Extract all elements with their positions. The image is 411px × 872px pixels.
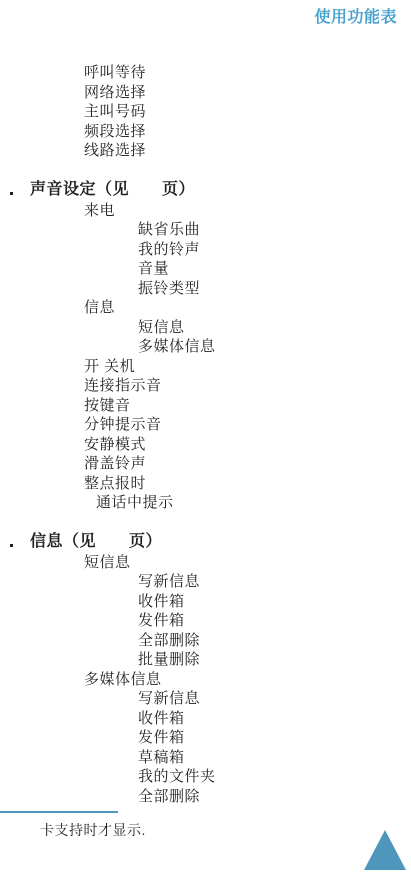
- menu-item: 短信息: [0, 318, 411, 338]
- menu-item: 安静模式: [0, 435, 411, 455]
- page-corner-triangle-icon: [364, 830, 406, 870]
- menu-section-heading: 信息（见 页）: [0, 531, 411, 553]
- menu-item: 振铃类型: [0, 279, 411, 299]
- menu-outline: 呼叫等待网络选择主叫号码频段选择线路选择声音设定（见 页）来电缺省乐曲我的铃声音…: [0, 63, 411, 806]
- menu-item: 发件箱: [0, 611, 411, 631]
- menu-item: 多媒体信息: [0, 337, 411, 357]
- menu-item: 批量删除: [0, 650, 411, 670]
- menu-item: 线路选择: [0, 141, 411, 161]
- list-dot-marker: [10, 192, 13, 195]
- menu-item: 开 关机: [0, 357, 411, 377]
- menu-item: 音量: [0, 259, 411, 279]
- manual-page: 使用功能表 呼叫等待网络选择主叫号码频段选择线路选择声音设定（见 页）来电缺省乐…: [0, 0, 411, 872]
- menu-item: 收件箱: [0, 709, 411, 729]
- menu-item: 多媒体信息: [0, 670, 411, 690]
- menu-item: 全部删除: [0, 787, 411, 807]
- menu-item: 写新信息: [0, 689, 411, 709]
- menu-item: 来电: [0, 201, 411, 221]
- footnote-divider: [0, 811, 118, 813]
- menu-item: 分钟提示音: [0, 415, 411, 435]
- menu-item: 滑盖铃声: [0, 454, 411, 474]
- menu-item: 草稿箱: [0, 748, 411, 768]
- section-title: 声音设定: [30, 181, 96, 198]
- menu-item: 呼叫等待: [0, 63, 411, 83]
- menu-item: 网络选择: [0, 83, 411, 103]
- menu-item: 我的文件夹: [0, 767, 411, 787]
- menu-item: 全部删除: [0, 631, 411, 651]
- menu-item: 连接指示音: [0, 376, 411, 396]
- list-dot-marker: [10, 544, 13, 547]
- menu-item: 信息: [0, 298, 411, 318]
- page-header-title: 使用功能表: [314, 4, 397, 27]
- menu-item: 整点报时: [0, 474, 411, 494]
- menu-item: 频段选择: [0, 122, 411, 142]
- menu-item: 写新信息: [0, 572, 411, 592]
- menu-item: 主叫号码: [0, 102, 411, 122]
- menu-item: 我的铃声: [0, 240, 411, 260]
- menu-item: 通话中提示: [0, 493, 411, 513]
- menu-item: 收件箱: [0, 592, 411, 612]
- section-title: 信息: [30, 533, 63, 550]
- menu-item: 发件箱: [0, 728, 411, 748]
- menu-section-heading: 声音设定（见 页）: [0, 179, 411, 201]
- section-page-reference: （见 页）: [96, 181, 195, 198]
- menu-item: 按键音: [0, 396, 411, 416]
- section-page-reference: （见 页）: [63, 533, 162, 550]
- footnote-text: 卡支持时才显示.: [40, 820, 146, 840]
- menu-item: 短信息: [0, 553, 411, 573]
- menu-item: 缺省乐曲: [0, 220, 411, 240]
